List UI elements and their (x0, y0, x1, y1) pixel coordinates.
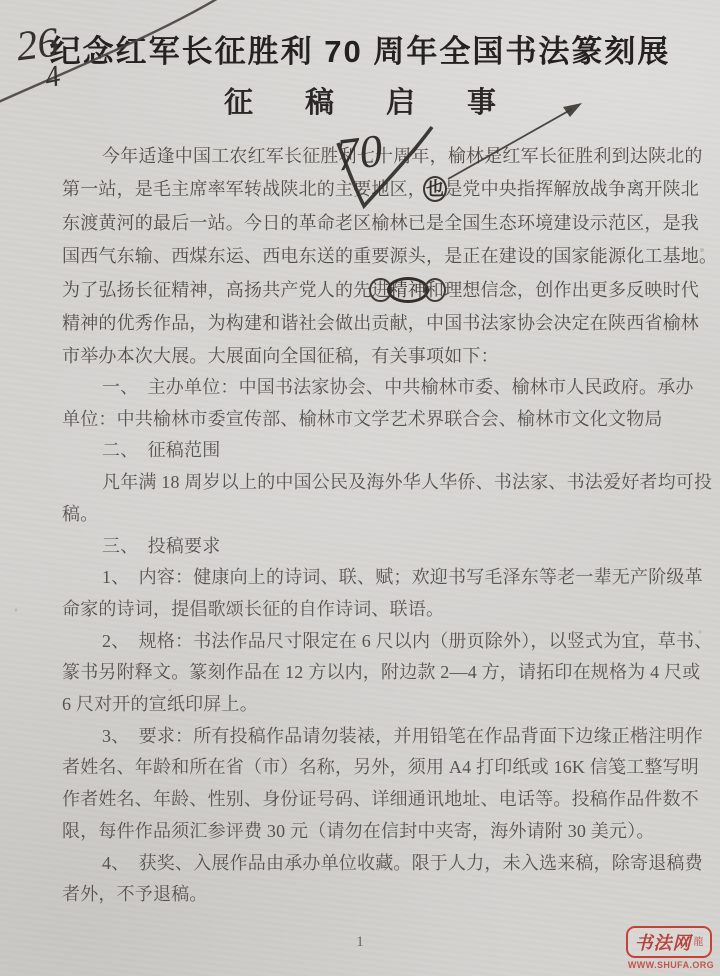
document-title: 纪念红军长征胜利 70 周年全国书法篆刻展 (0, 26, 720, 71)
section3-header: 三、 投稿要求 (62, 531, 690, 563)
item1-content-line: 命家的诗词，提倡歌颂长征的自作诗词、联语。 (62, 594, 690, 626)
oval-marked-char-2: 精神 (390, 280, 426, 300)
intro-line-5-post: 理想信念，创作出更多反映时代 (444, 280, 699, 300)
intro-line-7: 市举办本次大展。大展面向全国征稿，有关事项如下： (62, 340, 702, 373)
item3-requirements-line: 作者姓名、年龄、性别、身份证号码、详细通讯地址、电话等。投稿作品件数不 (62, 784, 690, 816)
scan-speck (14, 608, 17, 611)
document-sections: 一、 主办单位：中国书法家协会、中共榆林市委、榆林市人民政府。承办 单位：中共榆… (62, 372, 690, 911)
item3-requirements-line: 3、 要求：所有投稿作品请勿装裱，并用铅笔在作品背面下边缘正楷注明作 (62, 721, 690, 753)
item3-requirements-line: 限，每件作品须汇参评费 30 元（请勿在信封中夹寄，海外请附 30 美元）。 (62, 816, 690, 848)
document-page: 纪念红军长征胜利 70 周年全国书法篆刻展 征稿启事 今年适逢中国工农红军长征胜… (0, 0, 720, 976)
section2-body-line: 稿。 (62, 499, 690, 531)
item4-collection-line: 者外，不予退稿。 (62, 879, 690, 911)
document-subtitle: 征稿启事 (0, 80, 720, 121)
watermark-site-name: 书法网 (635, 929, 692, 955)
intro-line-1-pre: 今年适逢中国工农红军长征胜利 (102, 146, 357, 166)
intro-line-2: 第一站，是毛主席率军转战陕北的主要地区，也是党中央指挥解放战争离开陕北 (62, 173, 702, 206)
intro-line-5: 为了弘扬长征精神，高扬共产党人的先进精神和理想信念，创作出更多反映时代 (62, 274, 702, 307)
intro-line-3: 东渡黄河的最后一站。今日的革命老区榆林已是全国生态环境建设示范区，是我 (62, 207, 702, 240)
item2-format-line: 2、 规格：书法作品尺寸限定在 6 尺以内（册页除外），以竖式为宜，草书、 (62, 626, 690, 658)
item3-requirements-line: 者姓名、年龄和所在省（市）名称，另外，须用 A4 打印纸或 16K 信笺工整写明 (62, 752, 690, 784)
intro-line-1-post: 周年，榆林是红军长征胜利到达陕北的 (393, 146, 702, 166)
section1-organizers-line: 单位：中共榆林市委宣传部、榆林市文学艺术界联合会、榆林市文化文物局 (62, 404, 690, 436)
watermark-logo-box: 书法网 龍 (626, 926, 712, 958)
intro-line-2-post: 是党中央指挥解放战争离开陕北 (444, 179, 699, 199)
section2-header: 二、 征稿范围 (62, 435, 690, 467)
intro-paragraph: 今年适逢中国工农红军长征胜利七十周年，榆林是红军长征胜利到达陕北的 第一站，是毛… (62, 140, 702, 374)
handwritten-inserted-char: 也 (426, 179, 444, 199)
item2-format-line: 篆书另附释文。篆刻作品在 12 方以内，附边款 2—4 方，请拓印在规格为 4 … (62, 657, 690, 689)
shufa-watermark: 书法网 龍 WWW.SHUFA.ORG (626, 926, 716, 970)
intro-line-5-pre: 为了弘扬长征精神，高扬共产党人的先 (62, 280, 371, 300)
oval-marked-char-1: 进 (371, 280, 389, 300)
oval-marked-char-3: 和 (426, 280, 444, 300)
intro-line-4: 国西气东输、西煤东运、西电东送的重要源头，是正在建设的国家能源化工基地。 (62, 240, 702, 273)
item4-collection-line: 4、 获奖、入展作品由承办单位收藏。限于人力，未入选来稿，除寄退稿费 (62, 848, 690, 880)
intro-line-2-pre: 第一站，是毛主席率军转战陕北的主要地区， (62, 179, 426, 199)
watermark-url: WWW.SHUFA.ORG (626, 960, 716, 970)
page-number: 1 (0, 934, 720, 951)
section1-organizers-line: 一、 主办单位：中国书法家协会、中共榆林市委、榆林市人民政府。承办 (62, 372, 690, 404)
scanned-document-page: { "doc": { "title": "纪念红军长征胜利 70 周年全国书法篆… (0, 0, 720, 976)
item2-format-line: 6 尺对开的宣纸印屏上。 (62, 689, 690, 721)
section2-body-line: 凡年满 18 周岁以上的中国公民及海外华人华侨、书法家、书法爱好者均可投 (62, 467, 690, 499)
intro-line-1: 今年适逢中国工农红军长征胜利七十周年，榆林是红军长征胜利到达陕北的 (62, 140, 702, 173)
item1-content-line: 1、 内容：健康向上的诗词、联、赋；欢迎书写毛泽东等老一辈无产阶级革 (62, 562, 690, 594)
crossed-out-text: 七十 (357, 146, 393, 166)
dragon-glyph-icon: 龍 (694, 938, 704, 947)
intro-line-6: 精神的优秀作品，为构建和谐社会做出贡献，中国书法家协会决定在陕西省榆林 (62, 307, 702, 340)
